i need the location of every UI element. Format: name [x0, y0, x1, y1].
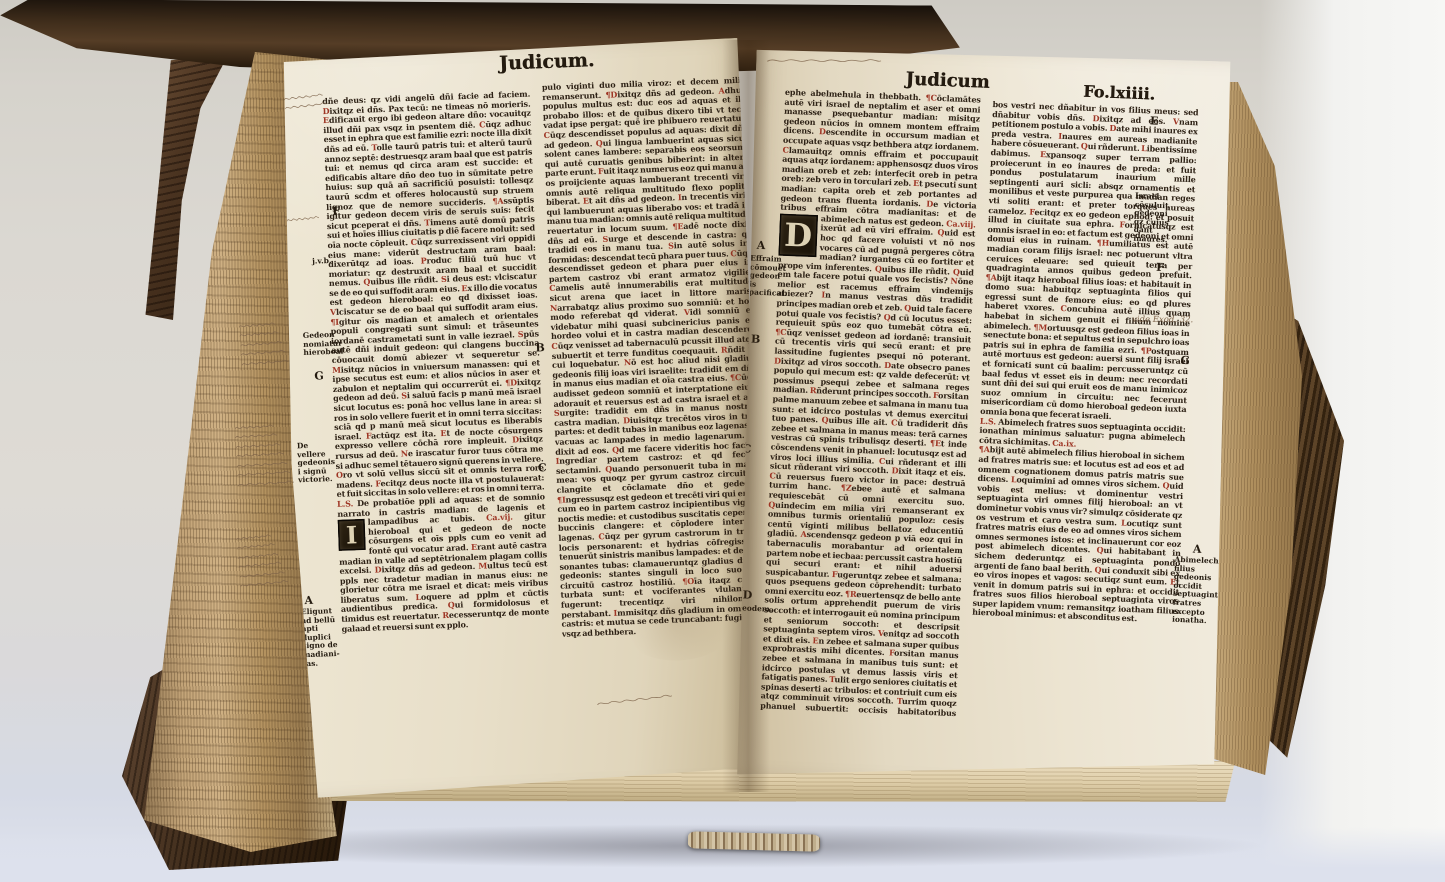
handwritten-marginalia [238, 316, 295, 370]
handwriting-line [237, 469, 291, 479]
handwriting-line [286, 213, 319, 223]
handwriting-line [241, 357, 289, 367]
handwritten-marginalia [766, 54, 936, 67]
handwriting-line [236, 450, 284, 460]
handwriting-line [237, 550, 278, 561]
handwriting-line [235, 431, 278, 440]
margin-letter: C [538, 461, 547, 474]
handwriting-line [237, 478, 294, 488]
handwriting-line [285, 100, 328, 111]
handwritten-marginalia [236, 528, 293, 592]
running-title: Judicum [905, 69, 990, 93]
margin-letter: G [314, 369, 324, 382]
margin-citation: j.v.b. [312, 257, 342, 267]
book-photograph: Judicum. dñe deus: qz vidi angelū dñi fa… [0, 0, 1445, 882]
running-title: Judicum. [499, 49, 595, 74]
woodcut-initial: D [778, 213, 818, 256]
text-column-right-1: ephe abelmehula in thebbath. ¶Cōclamātes… [760, 88, 981, 719]
folio-number: Fo.lxiiii. [1083, 82, 1156, 104]
handwriting-line [237, 541, 275, 551]
gutter-shadow [722, 40, 770, 792]
left-page: Judicum. dñe deus: qz vidi angelū dñi fa… [277, 38, 772, 799]
margin-letter: A [1193, 542, 1202, 555]
text-column-left-1: dñe deus: qz vidi angelū dñi facie ad fa… [322, 90, 551, 679]
handwritten-marginalia [234, 419, 296, 491]
handwriting-line [236, 532, 272, 542]
handwriting-line [240, 338, 282, 348]
handwriting-line [766, 56, 882, 64]
margin-note: Gedeon nomiatur hieroboal [303, 331, 346, 358]
margin-note: De vellere gedeonis i signū victorie. [297, 441, 337, 485]
handwriting-line [235, 441, 281, 450]
margin-letter: E [1150, 114, 1159, 127]
handwriting-line [240, 578, 289, 589]
woodcut-initial: I [338, 519, 366, 551]
margin-letter: B [535, 341, 545, 354]
handwritten-reference: vide Exod. 32. [1132, 315, 1193, 325]
margin-letter: G [1180, 354, 1190, 367]
spine-stitching [688, 831, 820, 851]
margin-note: Israel cōsuluit gedeoni qz cuius dant in… [1133, 192, 1179, 245]
handwriting-line [240, 348, 285, 358]
margin-letter: F [1156, 261, 1164, 274]
margin-letter: A [304, 594, 313, 607]
right-page: Judicum Fo.lxiiii. ephe abelmehula in th… [728, 43, 1243, 794]
handwriting-line [236, 459, 287, 469]
handwriting-line [234, 422, 274, 431]
handwriting-line [238, 320, 275, 330]
handwriting-line [239, 329, 279, 339]
margin-note: Abimelech filius gedeonis occidit septua… [1172, 556, 1221, 627]
